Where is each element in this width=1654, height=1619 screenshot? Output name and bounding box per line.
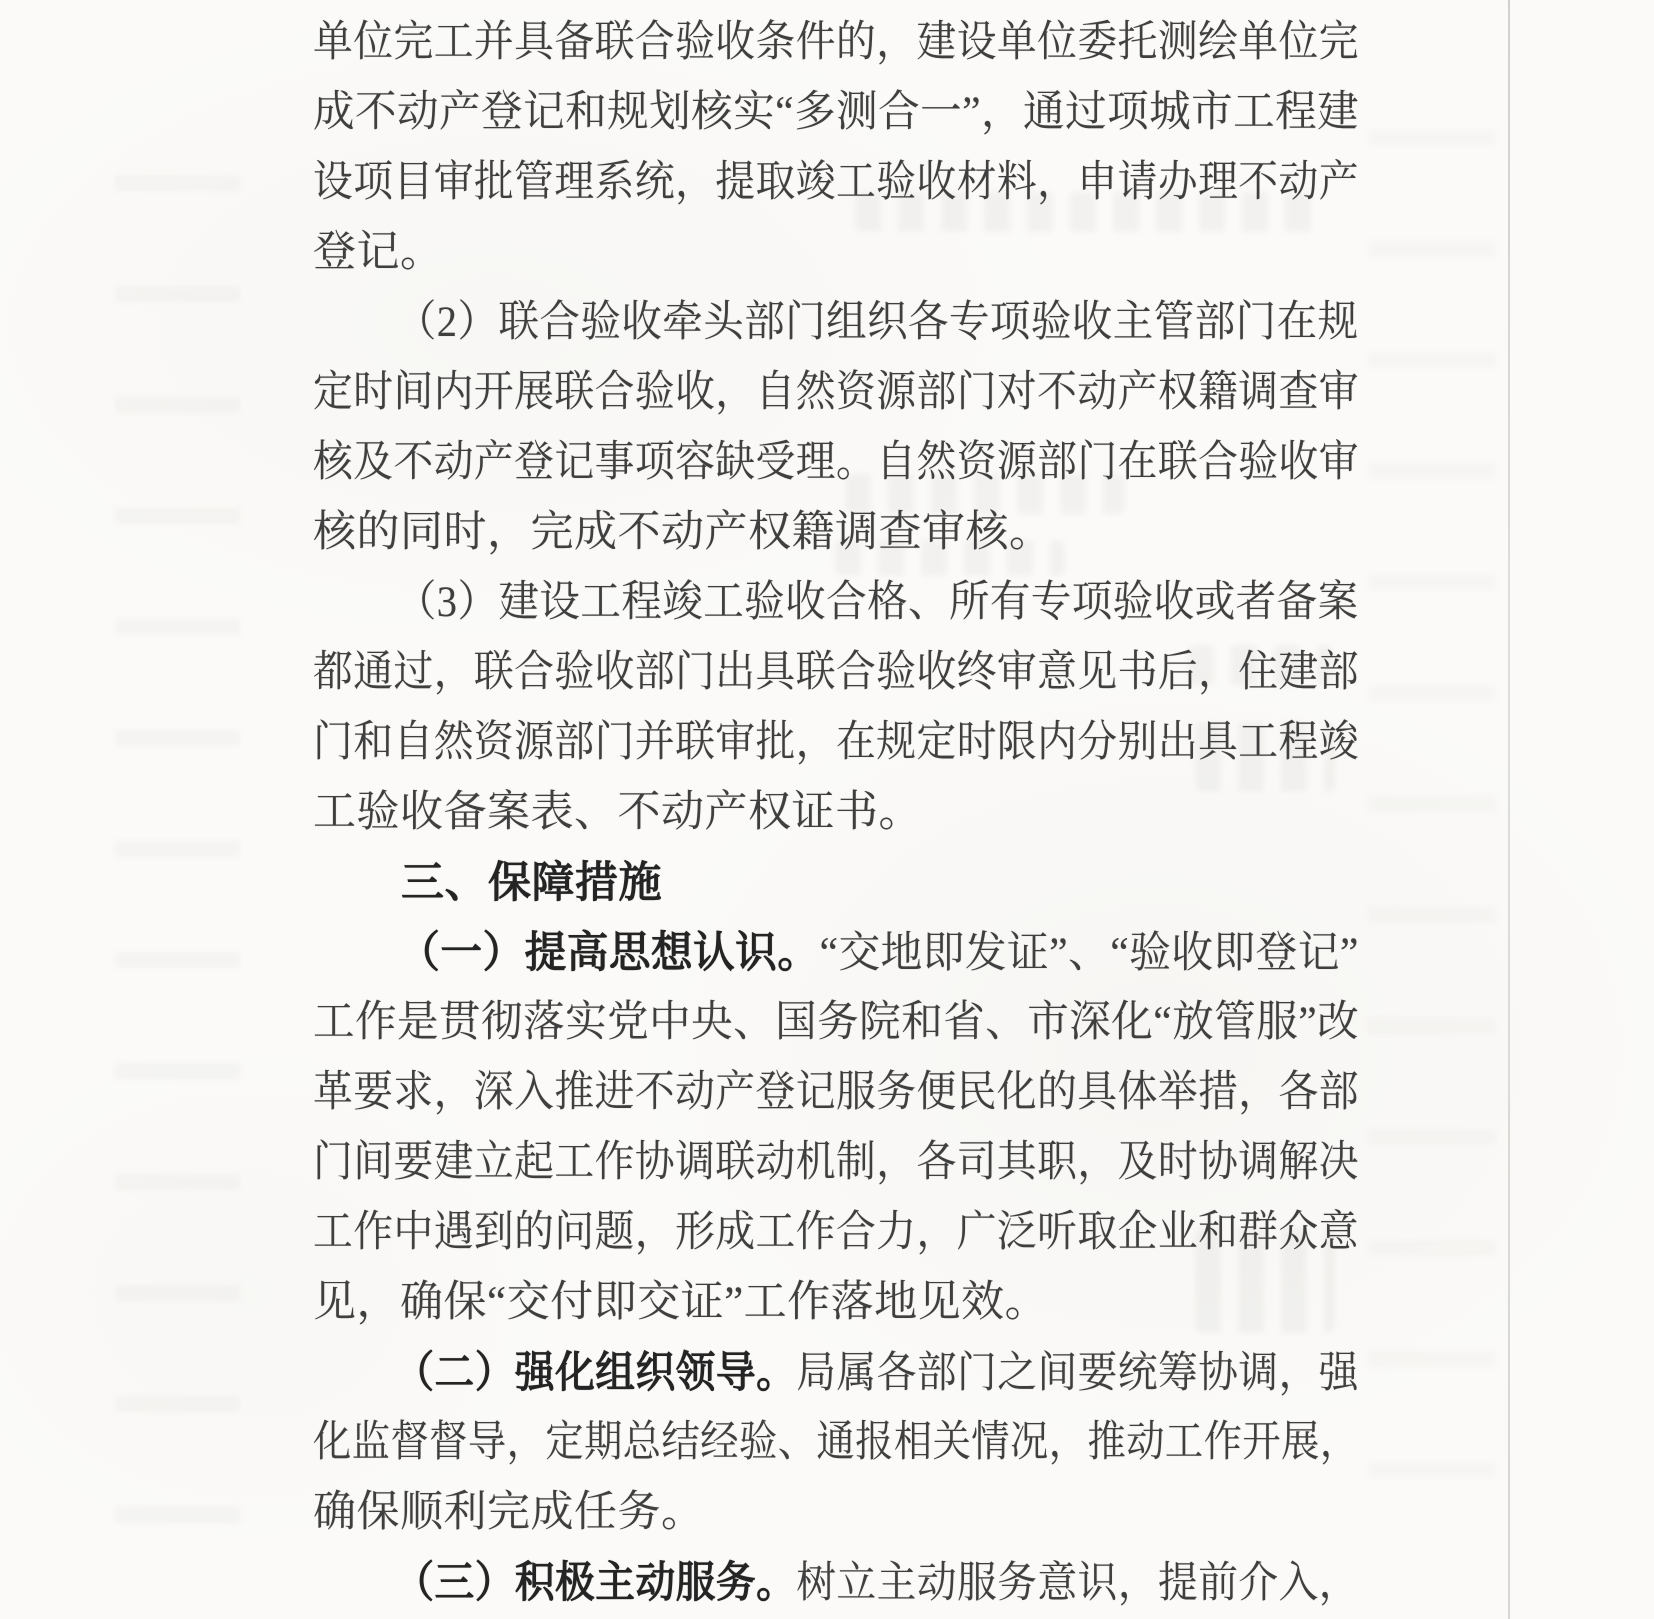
bold-text-run: （二）强化组织领导。	[394, 1349, 796, 1397]
text-run: 见，确保“交付即交证”工作落地见效。	[313, 1279, 1048, 1326]
body-line: 核及不动产登记事项容缺受理。自然资源部门在联合验收审	[313, 428, 1280, 498]
text-run: 设项目审批管理系统，提取竣工验收材料，申请办理不动产	[313, 159, 1359, 206]
body-line: 工作是贯彻落实党中央、国务院和省、市深化“放管服”改	[313, 988, 1323, 1058]
text-run: 革要求，深入推进不动产登记服务便民化的具体举措，各部	[313, 1069, 1359, 1116]
text-run: 门和自然资源部门并联审批，在规定时限内分别出具工程竣	[313, 719, 1359, 766]
text-run: 工作中遇到的问题，形成工作合力，广泛听取企业和群众意	[313, 1209, 1359, 1256]
paragraph-start-bold: （三）积极主动服务。树立主动服务意识，提前介入，	[313, 1548, 1280, 1618]
text-run: （2）联合验收牵头部门组织各专项验收主管部门在规	[396, 299, 1359, 346]
body-line: 见，确保“交付即交证”工作落地见效。	[313, 1268, 1359, 1338]
body-line: 工验收备案表、不动产权证书。	[313, 778, 1359, 848]
body-line: 定时间内开展联合验收，自然资源部门对不动产权籍调查审	[313, 358, 1280, 428]
text-run: 核的同时，完成不动产权籍调查审核。	[313, 509, 1053, 556]
bold-text-run: （一）提高思想认识。	[398, 929, 819, 977]
paragraph-start-bold: （二）强化组织领导。局属各部门之间要统筹协调，强	[313, 1338, 1280, 1408]
body-line: 确保顺利完成任务。	[313, 1478, 1359, 1548]
text-run: 树立主动服务意识，提前介入，	[796, 1560, 1359, 1607]
text-run: 定时间内开展联合验收，自然资源部门对不动产权籍调查审	[313, 369, 1359, 416]
text-run: 局属各部门之间要统筹协调，强	[796, 1350, 1359, 1397]
text-run: 都通过，联合验收部门出具联合验收终审意见书后，住建部	[313, 649, 1359, 696]
body-line: 化监督督导，定期总结经验、通报相关情况，推动工作开展，	[313, 1408, 1244, 1478]
bleedthrough-right-margin	[1368, 130, 1496, 1530]
scanned-document-page: 单位完工并具备联合验收条件的，建设单位委托测绘单位完成不动产登记和规划核实“多测…	[0, 0, 1654, 1619]
body-line: 都通过，联合验收部门出具联合验收终审意见书后，住建部	[313, 638, 1280, 708]
paragraph-start-bold: （一）提高思想认识。“交地即发证”、“验收即登记”	[313, 918, 1326, 988]
text-run: 核及不动产登记事项容缺受理。自然资源部门在联合验收审	[313, 439, 1359, 486]
section-heading: 三、保障措施	[313, 848, 1359, 918]
text-run: 登记。	[313, 229, 444, 276]
body-line: 门和自然资源部门并联审批，在规定时限内分别出具工程竣	[313, 708, 1280, 778]
document-body: 单位完工并具备联合验收条件的，建设单位委托测绘单位完成不动产登记和规划核实“多测…	[313, 8, 1359, 1618]
scan-edge-line	[1508, 0, 1510, 1619]
body-line: 单位完工并具备联合验收条件的，建设单位委托测绘单位完	[313, 8, 1280, 78]
text-run: “交地即发证”、“验收即登记”	[820, 930, 1359, 977]
body-line: 设项目审批管理系统，提取竣工验收材料，申请办理不动产	[313, 148, 1280, 218]
text-run: 门间要建立起工作协调联动机制，各司其职，及时协调解决	[313, 1139, 1359, 1186]
text-run: 单位完工并具备联合验收条件的，建设单位委托测绘单位完	[313, 19, 1359, 66]
text-run: 成不动产登记和规划核实“多测合一”，通过项城市工程建	[313, 89, 1359, 136]
body-line: 门间要建立起工作协调联动机制，各司其职，及时协调解决	[313, 1128, 1280, 1198]
body-line: 核的同时，完成不动产权籍调查审核。	[313, 498, 1359, 568]
text-run: 化监督督导，定期总结经验、通报相关情况，推动工作开展，	[313, 1419, 1359, 1466]
text-run: （3）建设工程竣工验收合格、所有专项验收或者备案	[396, 579, 1359, 626]
bold-text-run: （三）积极主动服务。	[394, 1559, 796, 1607]
paragraph-start: （3）建设工程竣工验收合格、所有专项验收或者备案	[313, 568, 1298, 638]
text-run: 确保顺利完成任务。	[313, 1489, 705, 1536]
bleedthrough-left-margin	[115, 175, 240, 1565]
body-line: 登记。	[313, 218, 1359, 288]
body-line: 革要求，深入推进不动产登记服务便民化的具体举措，各部	[313, 1058, 1280, 1128]
bold-text-run: 三、保障措施	[401, 859, 662, 907]
text-run: 工验收备案表、不动产权证书。	[313, 789, 922, 836]
body-line: 工作中遇到的问题，形成工作合力，广泛听取企业和群众意	[313, 1198, 1280, 1268]
paragraph-start: （2）联合验收牵头部门组织各专项验收主管部门在规	[313, 288, 1298, 358]
text-run: 工作是贯彻落实党中央、国务院和省、市深化“放管服”改	[313, 999, 1359, 1046]
body-line: 成不动产登记和规划核实“多测合一”，通过项城市工程建	[313, 78, 1323, 148]
